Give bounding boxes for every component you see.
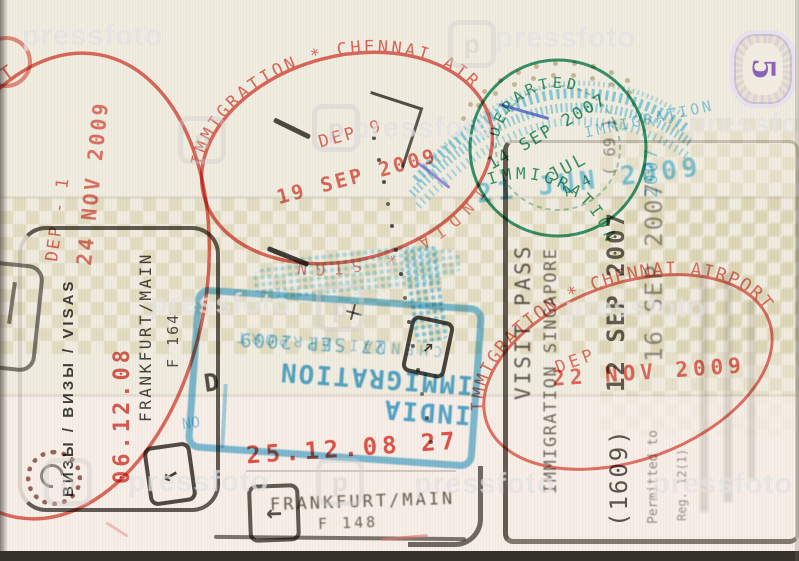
page-number-rosette: 5 [730,30,796,108]
frankfurt-f148-arrow-box: ← [247,483,301,543]
frankfurt-f148-desk: F 148 [318,513,379,533]
left-binding-shadow [0,0,8,561]
rosette-center: 5 [743,43,783,95]
exit-arrow-icon: ← [266,498,283,529]
right-photo-edge [795,0,799,561]
bottom-photo-edge [0,551,799,561]
page-number: 5 [745,58,781,80]
india-arrival-fragment: NO [181,413,201,433]
india-arrival-line-big: INDIA IMMIGRATION [194,351,474,430]
visit-pass-note: ( 69 ) [600,118,619,176]
passport-page-photo: ВИЗЫ / ВИЗЫ / VISAS 5 FRANKFURT/MAIN F 1… [0,0,799,561]
dot-matrix-trail [372,136,376,140]
frankfurt-f148-top-line [246,470,456,472]
red-date-061208: 06.12.08 [110,346,135,484]
